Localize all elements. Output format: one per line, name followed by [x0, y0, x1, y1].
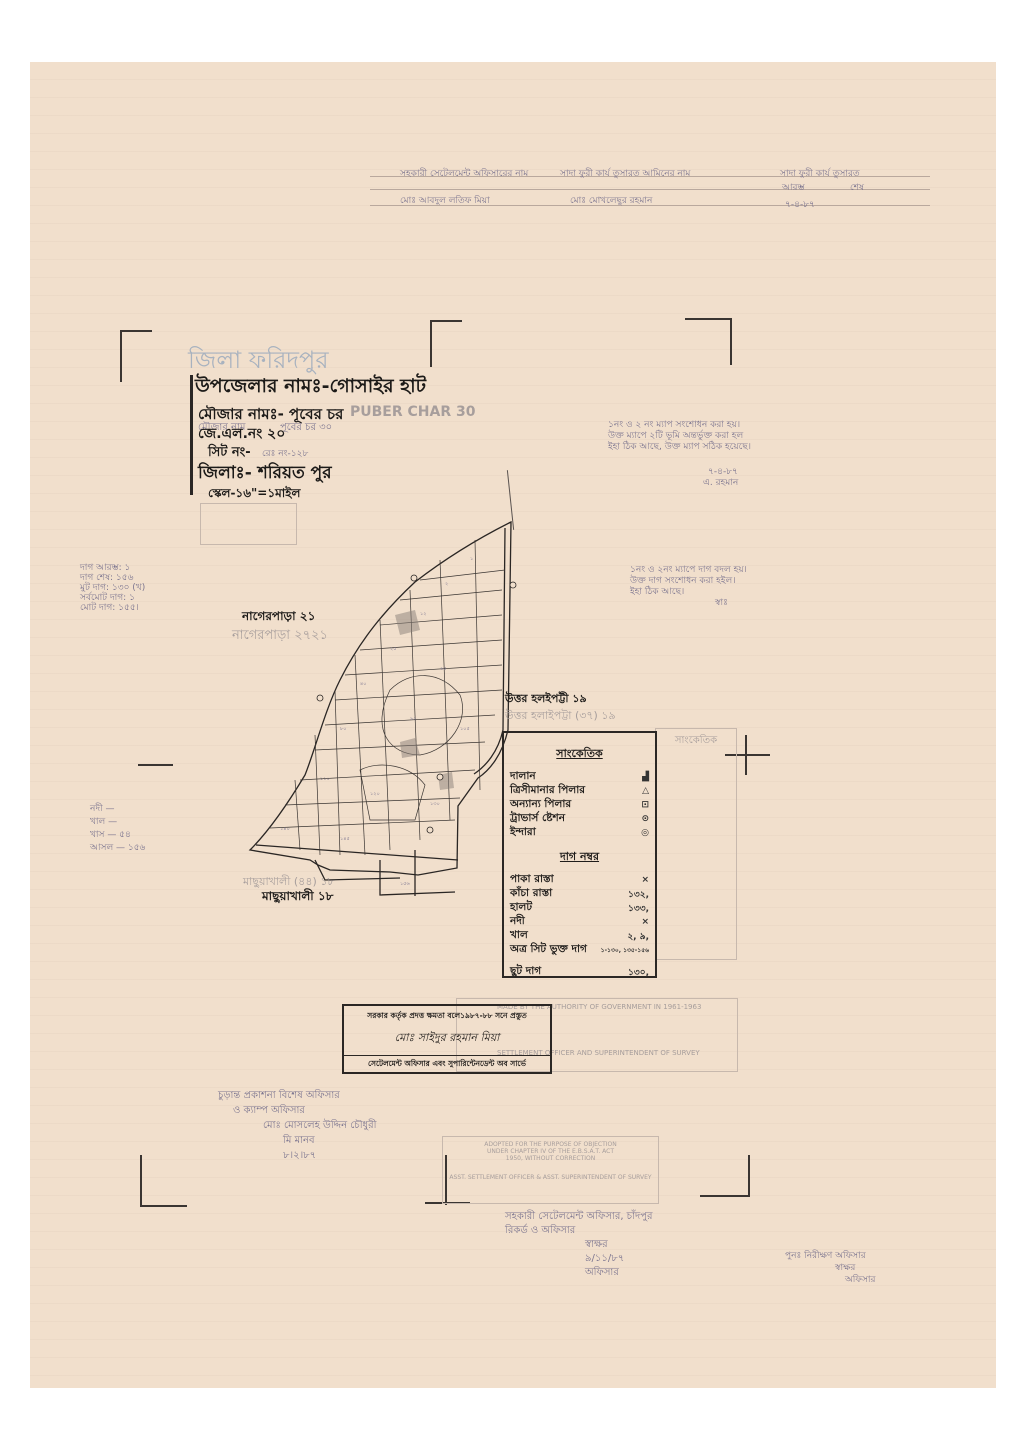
- svg-text:৬৫: ৬৫: [440, 666, 447, 672]
- final-publication-note: চুড়ান্ত প্রকাশনা বিশেষ অফিসার ও ক্যাম্প…: [218, 1088, 377, 1163]
- title-margin-bar: [190, 375, 193, 495]
- mouza-map: ১২১২ ২৫৪০৬৫ ৮০৯২১০৫ ১১০১২০১৩০ ১৪০১৪৫১৫৬: [240, 520, 540, 900]
- correction-note-top: ১নং ও ২ নং ম্যাপ সংশোধন করা হয়। উক্ত ম্…: [608, 420, 751, 489]
- header-aso: সহকারী সেটেলমেন্ট অফিসারের নাম: [400, 166, 528, 181]
- amin-name: মোঃ মোখলেছুর রহমান: [570, 193, 652, 208]
- triangle-icon: △: [642, 786, 649, 796]
- district-title: জিলাঃ- শরিয়ত পুর: [198, 460, 332, 488]
- end-label: শেষ: [850, 180, 864, 195]
- neighbor-west-ghost: নাগেরপাড়া ২৭২১: [232, 626, 328, 647]
- aso-name: মোঃ আবদুল লতিফ মিয়া: [400, 193, 490, 208]
- start-date: ৭-৪-৮৭: [785, 197, 815, 212]
- well-icon: ◎: [641, 828, 649, 838]
- svg-text:১: ১: [470, 556, 473, 562]
- legend-title: সাংকেতিক: [504, 745, 655, 764]
- neighbor-east-ghost: উত্তর হলাইপট্টা (৩৭) ১৯: [505, 707, 616, 726]
- header-amin: সাদা ফুরী কার্য তুসারত আমিনের নাম: [560, 166, 690, 181]
- officer-signature: মোঃ সাইদুর রহমান মিয়া: [344, 1029, 550, 1048]
- adopted-stamp: ADOPTED FOR THE PURPOSE OF OBJECTION UND…: [442, 1136, 659, 1204]
- svg-text:১৫৬: ১৫৬: [400, 881, 410, 887]
- table-line: [370, 189, 930, 190]
- header-work: সাদা ফুরী কার্য তুসারত: [780, 166, 860, 181]
- svg-text:৯২: ৯২: [410, 716, 417, 722]
- svg-text:১১০: ১১০: [320, 776, 330, 782]
- ghost-legend-box: সাংকেতিক: [655, 728, 737, 960]
- officer-title: সেটেলমেন্ট অফিসার এবং সুপারিন্টেনডেন্ট অ…: [344, 1055, 550, 1071]
- plot-row: হালট১৩৩,: [504, 901, 655, 915]
- crop-mark: [138, 764, 173, 766]
- building-icon: ▟: [642, 772, 649, 782]
- sheet-ghost: রেঃ নং-১২৮: [262, 446, 308, 461]
- plot-row: ছুট দাগ১৩০,: [504, 965, 655, 979]
- review-officer-note: পুনঃ নিরীক্ষণ অফিসার স্বাক্ষর অফিসার: [785, 1250, 875, 1286]
- map-legend: সাংকেতিক দালান▟ ত্রিসীমানার পিলার△ অন্যা…: [502, 731, 657, 978]
- crop-mark: [430, 320, 462, 367]
- legend-row: ইন্দারা◎: [504, 826, 655, 840]
- svg-text:১৪০: ১৪০: [280, 826, 290, 832]
- mouza-ghost-en: PUBER CHAR 30: [350, 404, 475, 420]
- authority-box: সরকার কর্তৃক প্রদত্ত ক্ষমতা বলে১৯৮৭-৮৮ স…: [342, 1004, 552, 1074]
- svg-text:১৪৫: ১৪৫: [340, 836, 350, 842]
- mouza-ghost-value: পূবের চর ৩০: [280, 420, 332, 437]
- neighbor-south: মাছুয়াখালী ১৮: [262, 888, 333, 908]
- plot-number-title: দাগ নম্বর: [504, 848, 655, 867]
- crop-mark: [685, 318, 732, 365]
- svg-text:১২০: ১২০: [370, 791, 380, 797]
- svg-text:২: ২: [445, 581, 448, 587]
- svg-text:১২: ১২: [420, 611, 427, 617]
- circle-station-icon: ⊙: [641, 814, 649, 824]
- upazila-title: উপজেলার নামঃ-গোসাইর হাট: [195, 372, 426, 404]
- land-summary-note: নদী — খাল — খাস — ৫৪ আসল — ১৫৬: [90, 803, 145, 855]
- crop-mark: [700, 1155, 750, 1197]
- correction-note-mid: ১নং ও ২নং ম্যাপে দাগ বদল হয়। উক্ত দাগ স…: [630, 565, 747, 609]
- start-label: আরম্ভ: [782, 180, 805, 195]
- plot-summary-note: দাগ আরম্ভ: ১ দাগ শেষ: ১৫৬ মুট দাগ: ১৩০ (…: [80, 563, 145, 613]
- neighbor-west: নাগেরপাড়া ২১: [242, 608, 315, 628]
- svg-text:৮০: ৮০: [340, 726, 347, 732]
- square-pillar-icon: ⊡: [641, 800, 649, 810]
- svg-text:১৩০: ১৩০: [430, 801, 440, 807]
- svg-text:১০৫: ১০৫: [460, 726, 470, 732]
- record-officer-note: সহকারী সেটেলমেন্ট অফিসার, চাঁদপুর রিকর্ড…: [505, 1210, 653, 1280]
- svg-text:২৫: ২৫: [390, 646, 397, 652]
- crop-mark: [140, 1155, 187, 1207]
- plot-row: অত্র সিট ভুক্ত দাগ১-১৩০, ১৩৫-১৫৬: [504, 943, 655, 957]
- crop-mark: [120, 330, 152, 382]
- svg-text:৪০: ৪০: [360, 681, 367, 687]
- authority-line: সরকার কর্তৃক প্রদত্ত ক্ষমতা বলে১৯৮৭-৮৮ স…: [344, 1011, 550, 1023]
- scale-label: স্কেল-১৬"=১মাইল: [208, 485, 300, 505]
